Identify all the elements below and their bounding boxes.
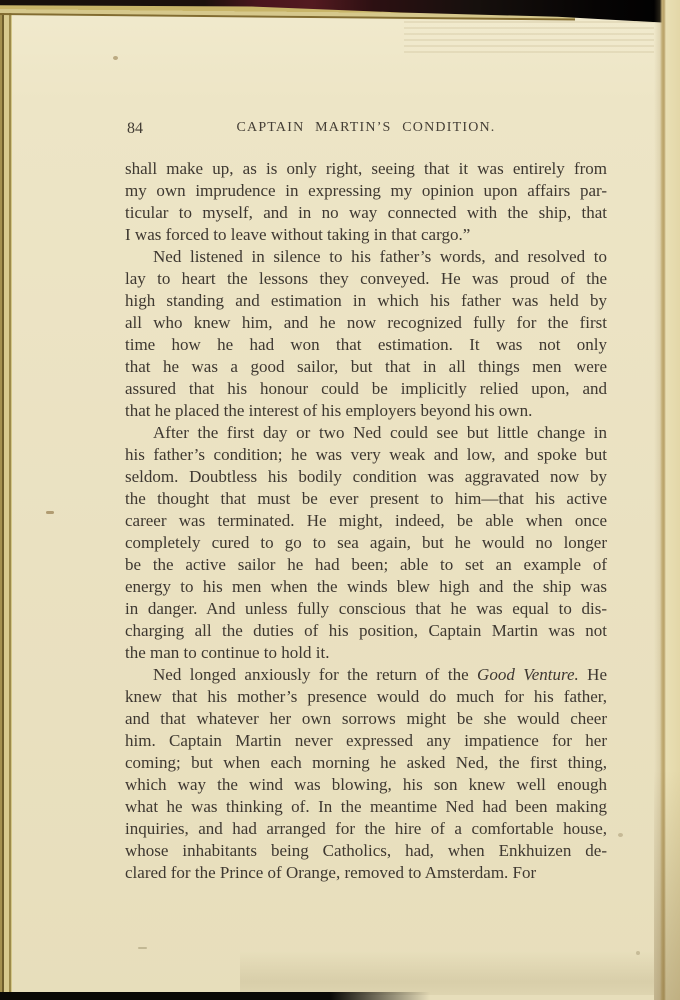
text-line: the thought that must be ever present to… [125,488,607,510]
text-line: lay to heart the lessons they conveyed. … [125,268,607,290]
text-line: knew that his mother’s presence would do… [125,686,607,708]
left-page-edge [0,0,12,1000]
text-line: whose inhabitants being Catholics, had, … [125,840,607,862]
paper-speck [618,833,623,837]
text-line: in danger. And unless fully conscious th… [125,598,607,620]
text-line: clared for the Prince of Orange, removed… [125,862,607,884]
text-line: assured that his honour could be implici… [125,378,607,400]
text-line: my own imprudence in expressing my opini… [125,180,607,202]
paper-speck [46,511,54,514]
text-line: completely cured to go to sea again, but… [125,532,607,554]
text-line: I was forced to leave without taking in … [125,224,607,246]
text-line: what he was thinking of. In the meantime… [125,796,607,818]
text-line: time how he had won that estimation. It … [125,334,607,356]
text-line: all who knew him, and he now recognized … [125,312,607,334]
text-line: Ned listened in silence to his father’s … [125,246,607,268]
text-line: the man to continue to hold it. [125,642,607,664]
paper-speck [636,951,640,955]
text-line: shall make up, as is only right, seeing … [125,158,607,180]
paragraph: Ned longed anxiously for the return of t… [125,664,607,884]
paragraph: Ned listened in silence to his father’s … [125,246,607,422]
text-line: that he placed the interest of his emplo… [125,400,607,422]
page-number: 84 [127,120,143,138]
text-line: coming; but when each morning he asked N… [125,752,607,774]
scanned-book-page: 84 CAPTAIN MARTIN’S CONDITION. shall mak… [0,0,680,1000]
running-header: CAPTAIN MARTIN’S CONDITION. [236,120,495,135]
bottom-shading [240,951,654,995]
text-line: inquiries, and had arranged for the hire… [125,818,607,840]
body-text: shall make up, as is only right, seeing … [125,158,607,884]
text-line: Ned longed anxiously for the return of t… [125,664,607,686]
text-line: him. Captain Martin never expressed any … [125,730,607,752]
paragraph: shall make up, as is only right, seeing … [125,158,607,246]
page-header: 84 CAPTAIN MARTIN’S CONDITION. [125,120,607,140]
text-line: and that whatever her own sorrows might … [125,708,607,730]
text-line: which way the wind was blowing, his son … [125,774,607,796]
text-line: charging all the duties of his position,… [125,620,607,642]
text-block: 84 CAPTAIN MARTIN’S CONDITION. shall mak… [125,120,607,884]
paper-speck [113,56,118,60]
text-line: be the active sailor he had been; able t… [125,554,607,576]
paragraph: After the first day or two Ned could see… [125,422,607,664]
page-edge-streaks [404,21,654,53]
bottom-dark-edge [0,992,430,1000]
right-page-crease [654,0,680,1000]
text-line: ticular to myself, and in no way connect… [125,202,607,224]
text-line: that he was a good sailor, but that in a… [125,356,607,378]
text-line: his father’s condition; he was very weak… [125,444,607,466]
paper-speck [138,947,147,949]
text-line: high standing and estimation in which hi… [125,290,607,312]
text-line: seldom. Doubtless his bodily condition w… [125,466,607,488]
text-line: career was terminated. He might, indeed,… [125,510,607,532]
text-line: After the first day or two Ned could see… [125,422,607,444]
text-line: energy to his men when the winds blew hi… [125,576,607,598]
